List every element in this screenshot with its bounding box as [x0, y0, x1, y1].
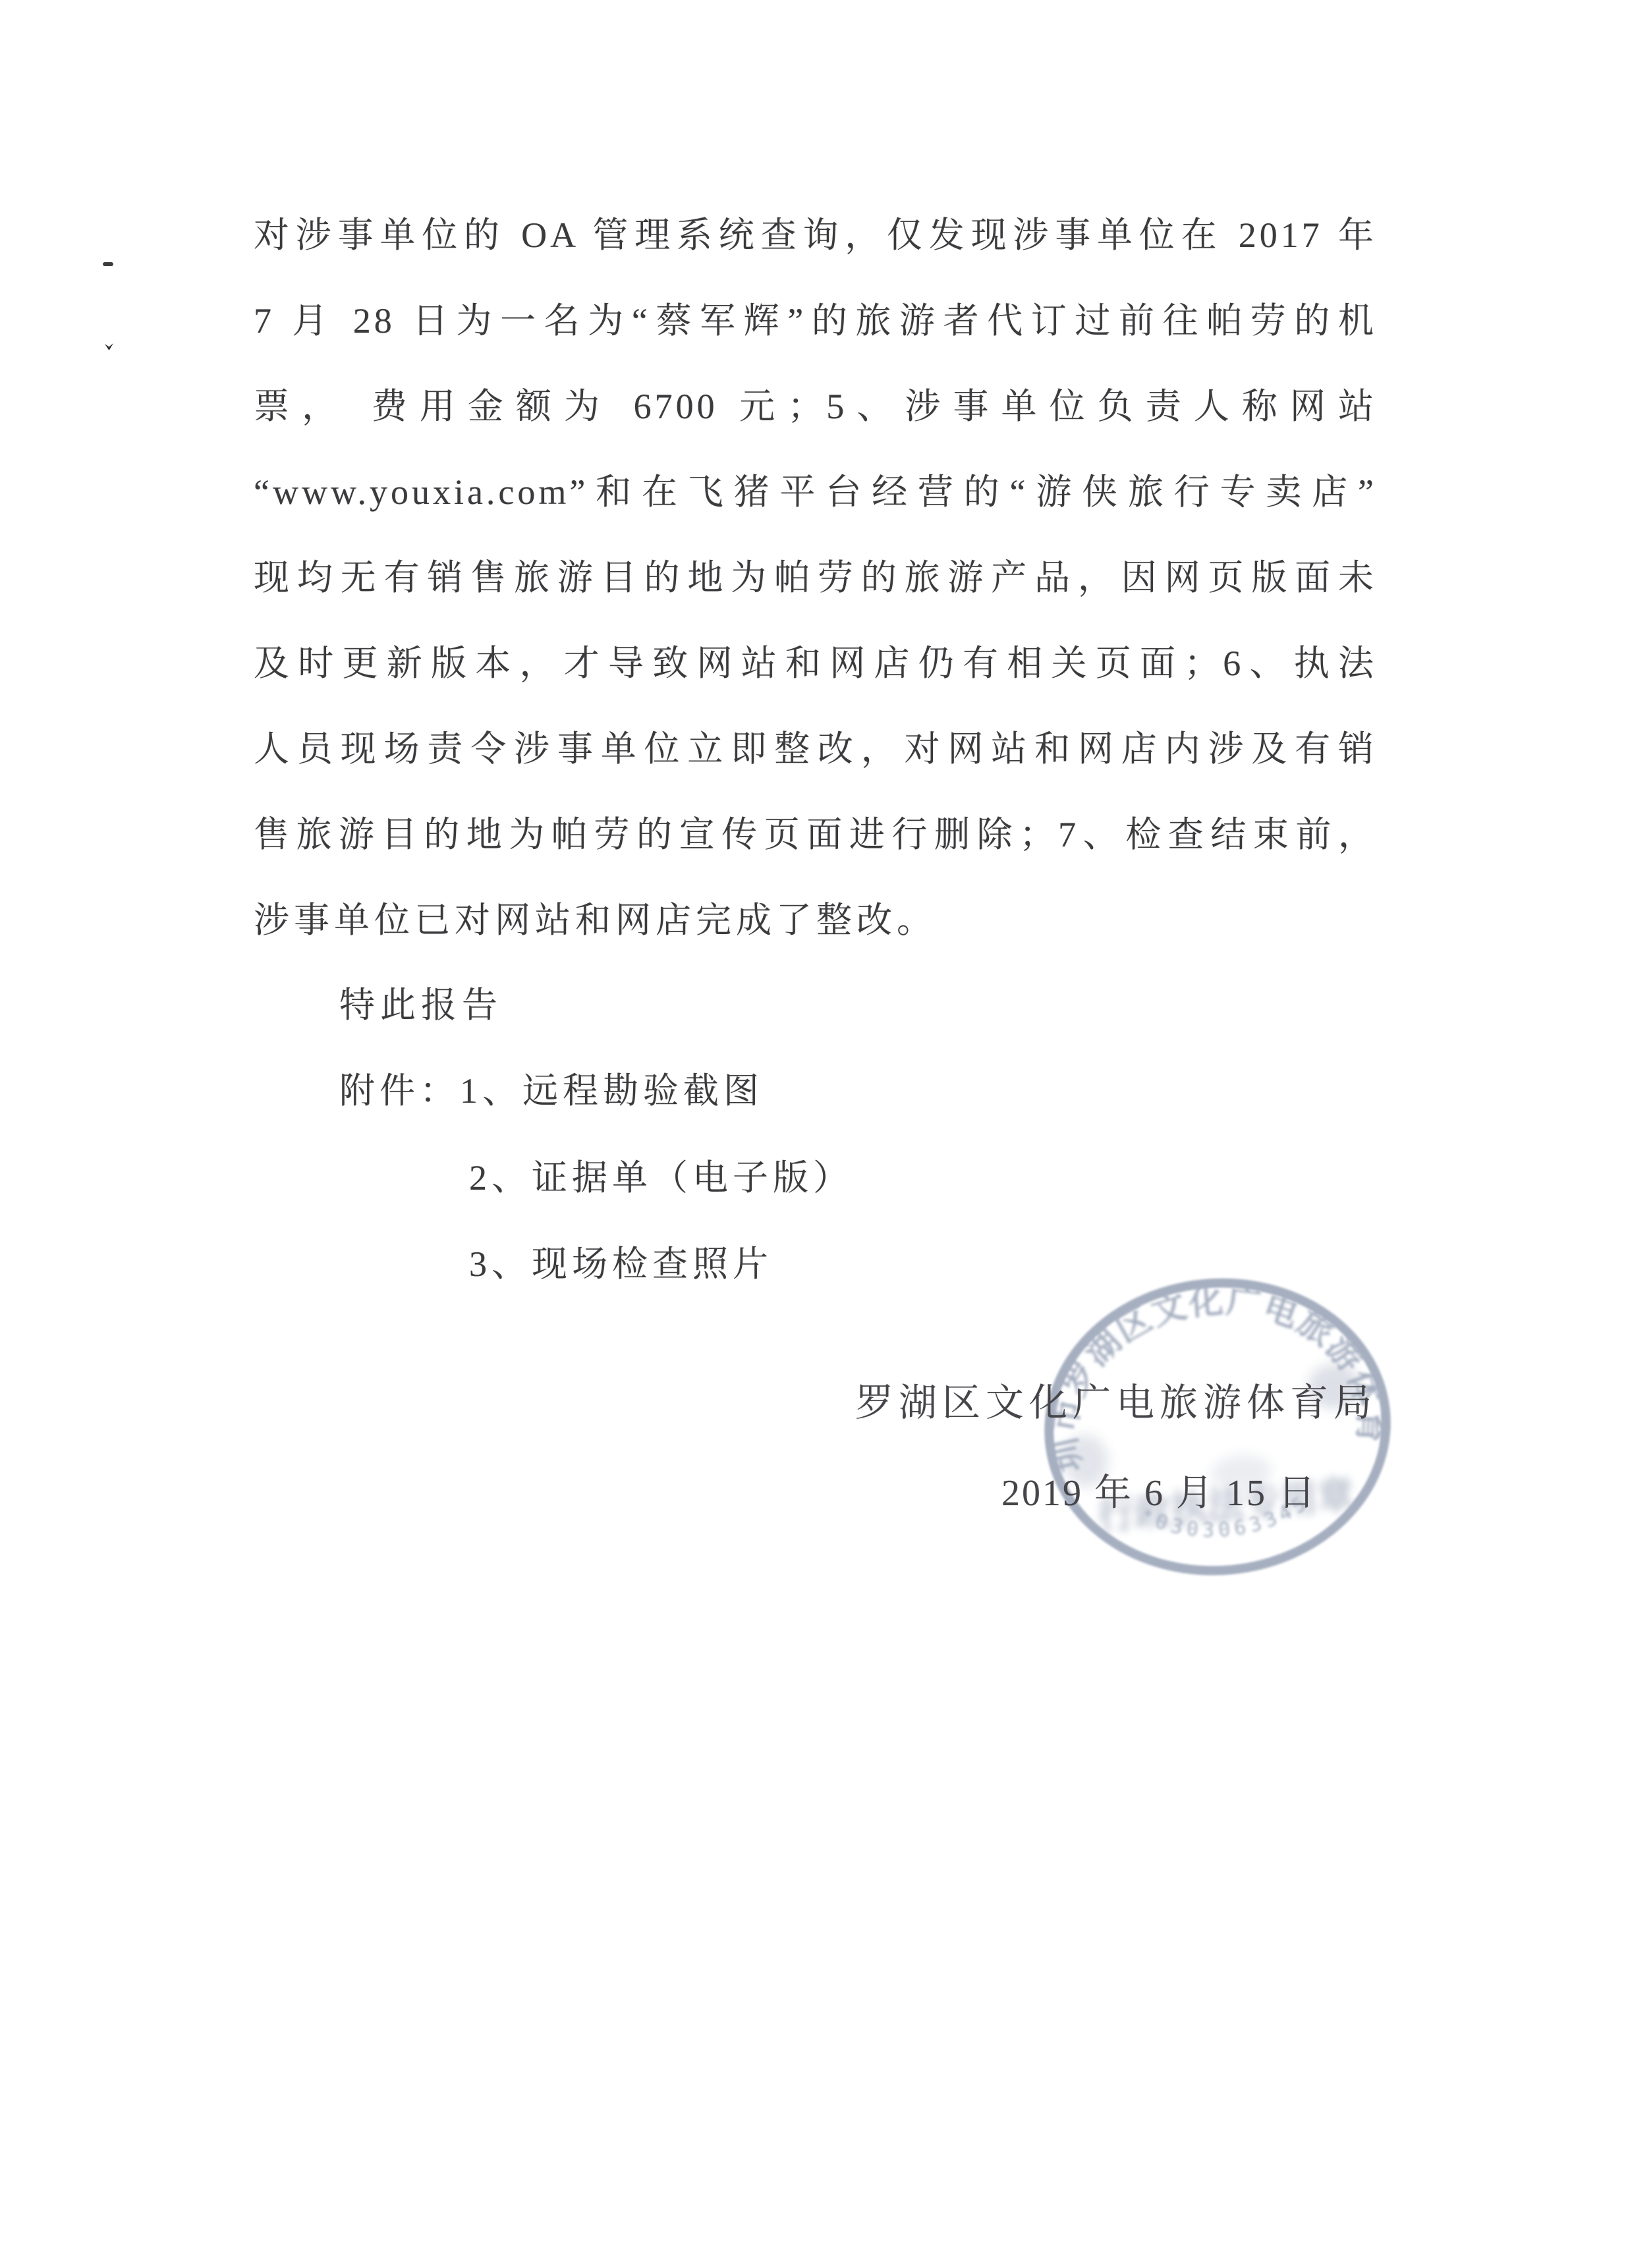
attachment-3-index: 3、	[469, 1244, 532, 1284]
attachments-line-1: 附件：1、远程勘验截图	[339, 1063, 764, 1113]
body-line-1: 对涉事单位的 OA 管理系统查询，仅发现涉事单位在 2017 年	[254, 213, 1377, 273]
body-line-5: 现均无有销售旅游目的地为帕劳的旅游产品，因网页版面未	[254, 556, 1377, 615]
body-line-9: 涉事单位已对网站和网店完成了整改。	[254, 899, 937, 958]
body-line-7: 人员现场责令涉事单位立即整改，对网站和网店内涉及有销	[254, 727, 1377, 787]
attachments-label: 附件：	[339, 1071, 460, 1111]
attachment-3-text: 现场检查照片	[532, 1244, 773, 1284]
body-line-3: 票， 费用金额为 6700 元；5、涉事单位负责人称网站	[254, 385, 1377, 444]
official-seal-stamp: 深圳市罗湖区文化广电旅游体育局 *0303063345 行政执法专用章	[1040, 1277, 1395, 1580]
body-line-6: 及时更新版本，才导致网站和网店仍有相关页面；6、执法	[254, 642, 1377, 701]
attachment-2-index: 2、	[469, 1158, 532, 1198]
attachment-1-text: 远程勘验截图	[522, 1071, 764, 1111]
scanned-report-page: 对涉事单位的 OA 管理系统查询，仅发现涉事单位在 2017 年 7 月 28 …	[0, 0, 1628, 2268]
attachment-1-index: 1、	[460, 1071, 522, 1111]
margin-tick-artifact	[105, 343, 113, 350]
body-line-2: 7 月 28 日为一名为“蔡军辉”的旅游者代订过前往帕劳的机	[254, 299, 1377, 358]
attachment-2-text: 证据单（电子版）	[532, 1158, 853, 1198]
signature-org: 罗湖区文化广电旅游体育局	[855, 1371, 1377, 1427]
attachments-line-2: 2、证据单（电子版）	[469, 1149, 853, 1200]
body-line-8: 售旅游目的地为帕劳的宣传页面进行删除；7、检查结束前，	[254, 813, 1377, 872]
attachments-line-3: 3、现场检查照片	[469, 1236, 773, 1286]
body-line-4: “www.youxia.com”和在飞猪平台经营的“游侠旅行专卖店”	[254, 470, 1377, 530]
margin-dash-artifact	[103, 262, 113, 266]
closing-phrase: 特此报告	[339, 977, 503, 1028]
signature-date: 2019 年 6 月 15 日	[1001, 1464, 1317, 1516]
